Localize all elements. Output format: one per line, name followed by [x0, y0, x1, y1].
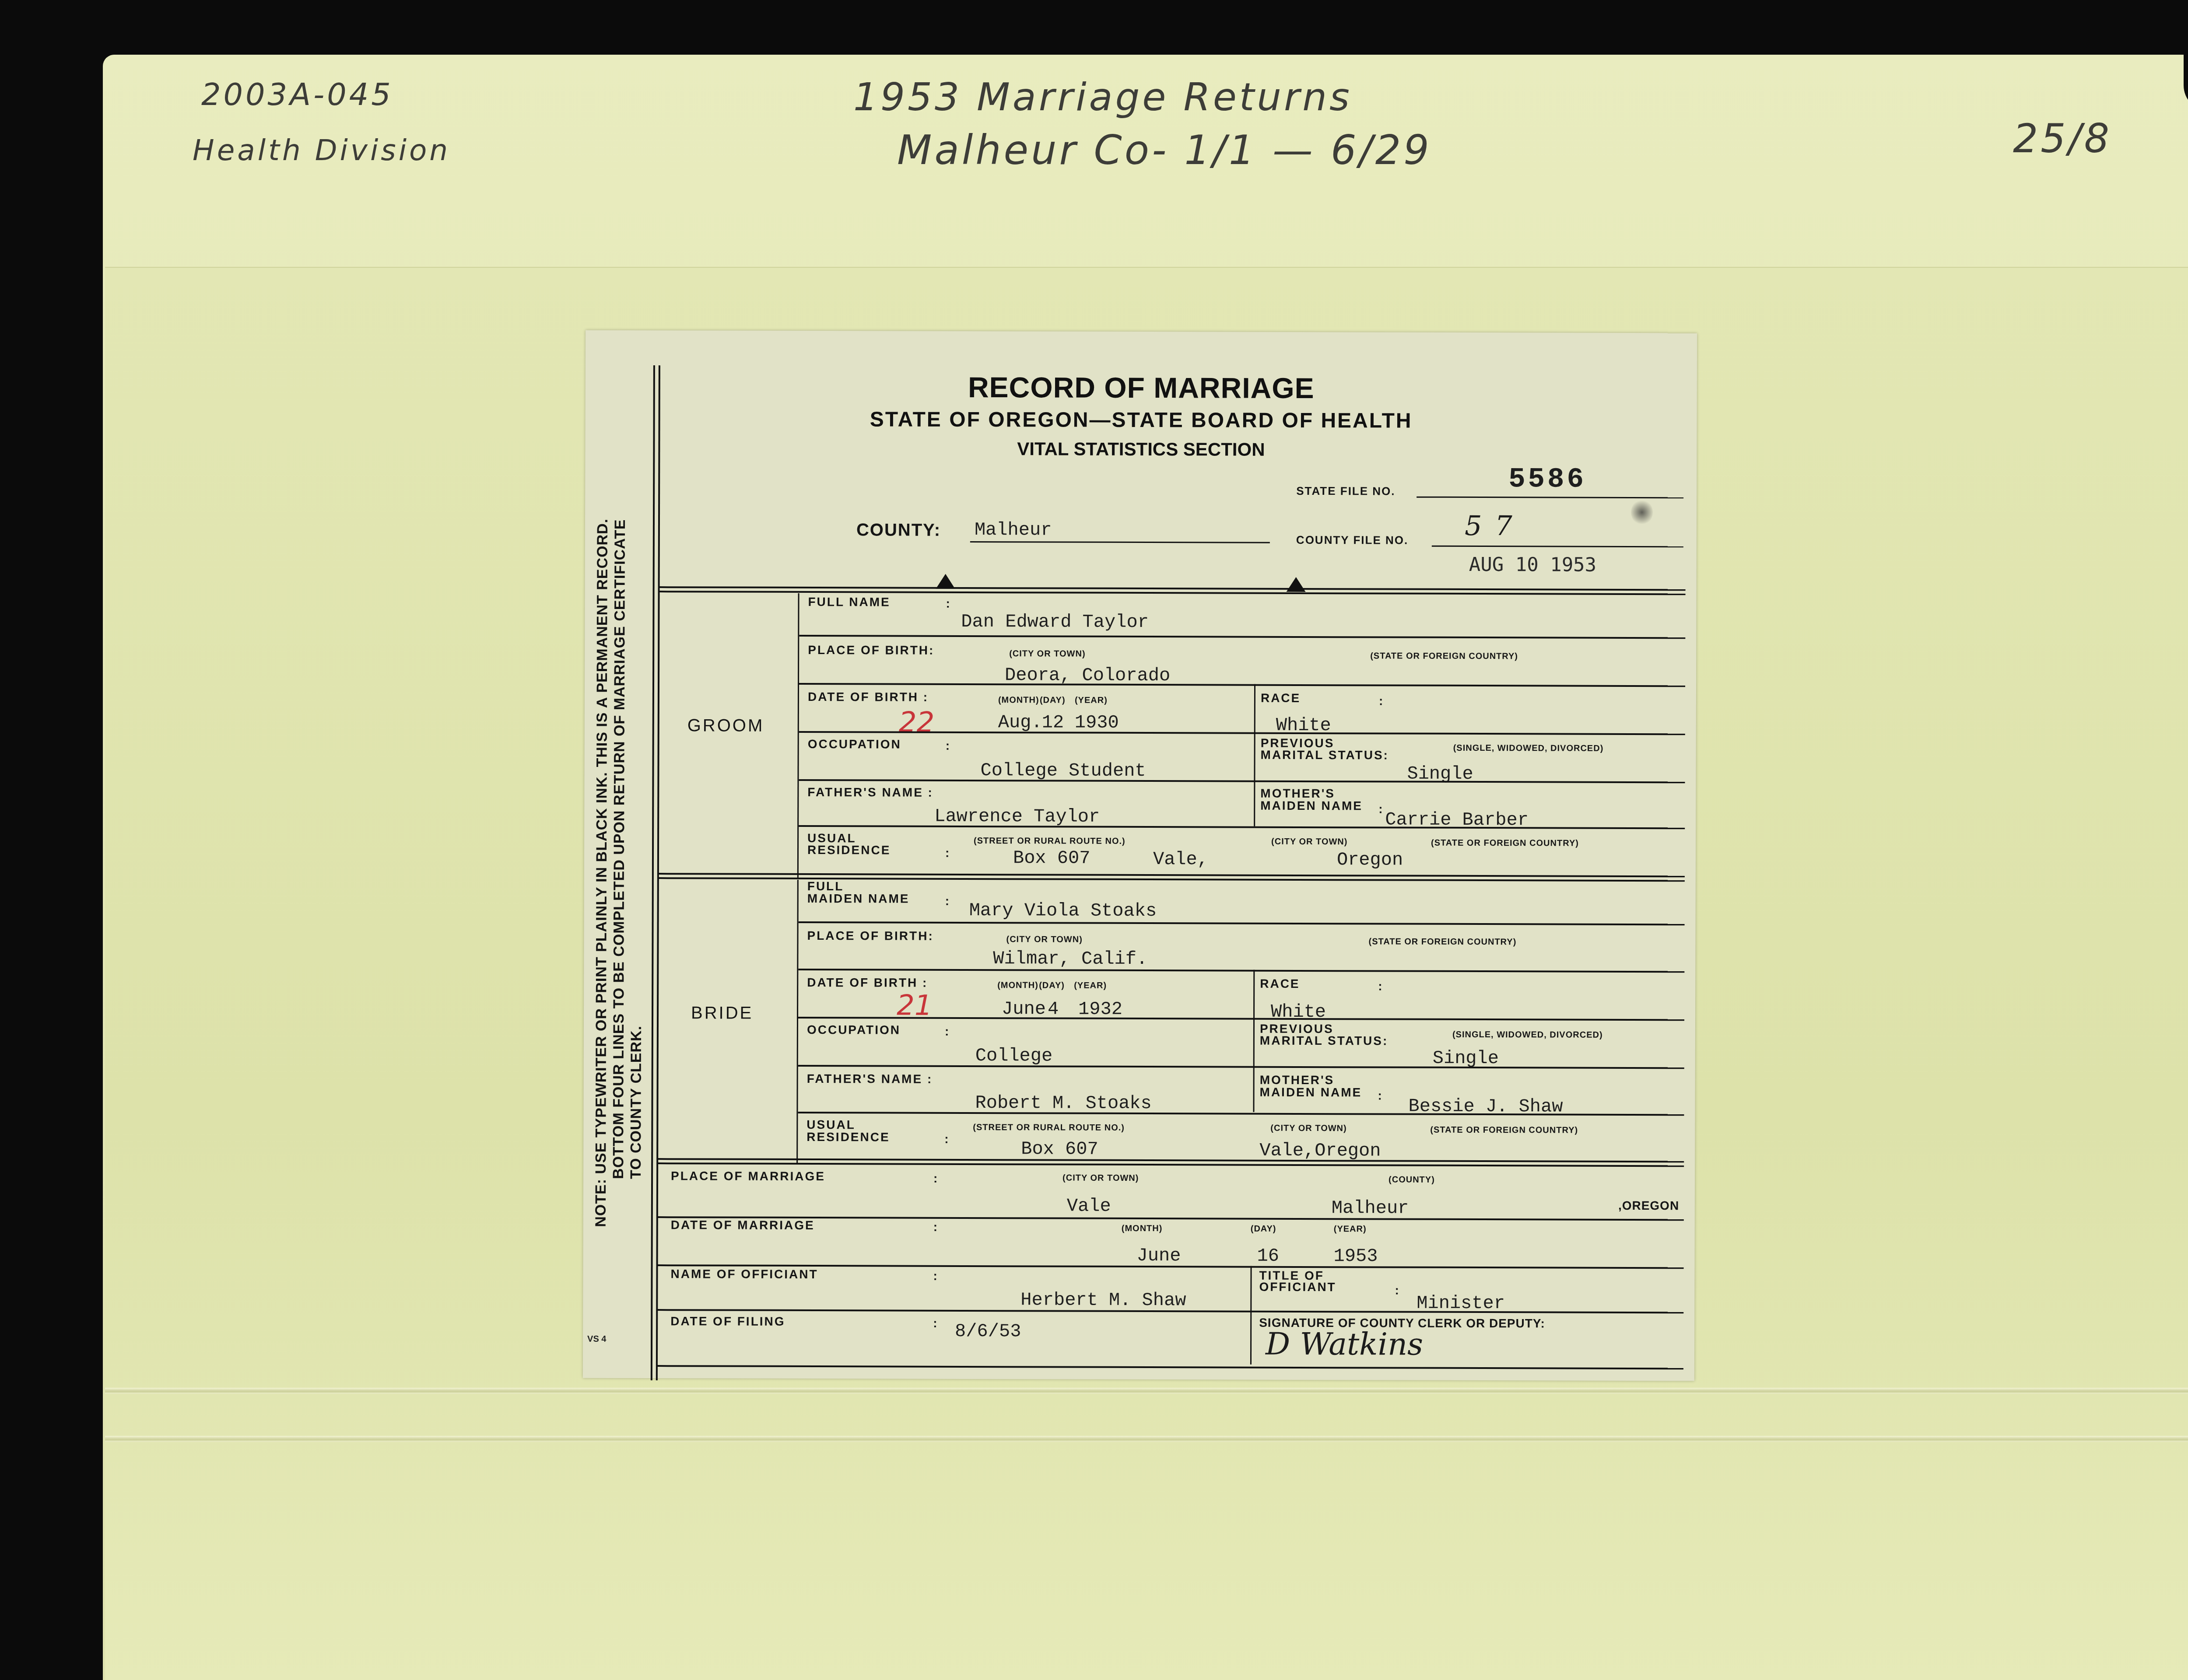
street-hint: (STREET OR RURAL ROUTE NO.) [974, 834, 1126, 848]
county-line [970, 541, 1270, 543]
clerk-signature: D Watkins [1266, 1326, 1423, 1362]
folder-division-note: Health Division [193, 133, 450, 167]
bride-previous-marital-status: Single [1433, 1048, 1499, 1069]
ink-smudge [1631, 499, 1653, 525]
rule [799, 921, 1685, 925]
bride-place-of-birth: Wilmar, Calif. [993, 948, 1147, 969]
bride-mothers-label-1: MOTHER'S [1260, 1074, 1335, 1087]
colon: : [944, 1133, 950, 1146]
colon: : [933, 1172, 939, 1185]
date-of-marriage-label: DATE OF MARRIAGE [671, 1218, 815, 1232]
month-hint: (MONTH) [1122, 1222, 1163, 1235]
rule [799, 779, 1685, 783]
groom-residence-state: Oregon [1337, 849, 1403, 870]
county-hint: (COUNTY) [1389, 1173, 1435, 1186]
colon: : [933, 1270, 938, 1283]
received-date-stamp: AUG 10 1953 [1469, 553, 1597, 576]
record-agency: STATE OF OREGON—STATE BOARD OF HEALTH [586, 407, 1697, 434]
day-hint: (DAY) [1040, 693, 1066, 707]
county-value: Malheur [975, 519, 1052, 540]
groom-occupation-label: OCCUPATION [808, 738, 901, 751]
colon: : [945, 895, 950, 908]
groom-age-annotation: 22 [899, 707, 935, 739]
bride-full-maiden-name: Mary Viola Stoaks [969, 900, 1157, 921]
bride-race-label: RACE [1260, 977, 1300, 990]
groom-fathers-name: Lawrence Taylor [934, 806, 1100, 827]
marriage-place-city: Vale [1067, 1196, 1111, 1217]
groom-previous-label-2: MARITAL STATUS: [1261, 749, 1389, 762]
county-label: COUNTY: [856, 523, 941, 537]
groom-place-of-birth: Deora, Colorado [1005, 665, 1170, 686]
officiant-name-label: NAME OF OFFICIANT [670, 1267, 818, 1281]
day-hint: (DAY) [1039, 979, 1065, 992]
side-note-line2: BOTTOM FOUR LINES TO BE COMPLETED UPON R… [610, 483, 629, 1227]
rule [799, 683, 1685, 687]
bride-occupation: College [975, 1045, 1053, 1066]
folder-title-line1: 1953 Marriage Returns [853, 74, 1352, 119]
groom-dob-year: 1930 [1075, 712, 1119, 733]
groom-mothers-label-1: MOTHER'S [1260, 787, 1335, 800]
street-hint: (STREET OR RURAL ROUTE NO.) [973, 1121, 1125, 1134]
colon: : [1379, 694, 1384, 707]
folder-crease-lower [105, 1436, 2188, 1442]
colon: : [946, 739, 951, 752]
year-hint: (YEAR) [1334, 1222, 1367, 1235]
marriage-date-day: 16 [1257, 1246, 1280, 1267]
groom-residence-street: Box 607 [1013, 847, 1090, 868]
bride-residence-city: Vale,Oregon [1259, 1140, 1381, 1162]
marriage-date-month: June [1137, 1245, 1181, 1266]
bride-fathers-name: Robert M. Stoaks [975, 1092, 1151, 1114]
bride-previous-label-2: MARITAL STATUS: [1260, 1034, 1388, 1048]
colon: : [945, 847, 950, 860]
groom-bride-separator [659, 873, 1685, 877]
colon: : [1395, 1284, 1400, 1297]
marital-status-hint: (SINGLE, WIDOWED, DIVORCED) [1453, 742, 1604, 755]
record-title: RECORD OF MARRIAGE [586, 370, 1697, 406]
side-instruction-note: NOTE: USE TYPEWRITER OR PRINT PLAINLY IN… [592, 483, 646, 1227]
state-or-country-hint: (STATE OR FOREIGN COUNTRY) [1368, 935, 1516, 948]
city-or-town-hint: (CITY OR TOWN) [1006, 933, 1082, 946]
groom-mothers-label-2: MAIDEN NAME [1260, 799, 1363, 813]
bride-fathers-name-label: FATHER'S NAME : [807, 1072, 933, 1086]
form-number: VS 4 [587, 1334, 606, 1344]
county-file-label: COUNTY FILE NO. [1296, 533, 1408, 547]
state-or-country-hint: (STATE OR FOREIGN COUNTRY) [1430, 1123, 1578, 1137]
county-file-value: 57 [1465, 510, 1525, 542]
day-hint: (DAY) [1251, 1222, 1276, 1235]
bride-dob-year: 1932 [1078, 999, 1122, 1020]
colon: : [945, 1025, 950, 1038]
side-note-line3: TO COUNTY CLERK. [627, 483, 646, 1227]
bride-mothers-label-2: MAIDEN NAME [1260, 1086, 1362, 1099]
groom-place-of-birth-label: PLACE OF BIRTH: [808, 644, 934, 657]
city-or-town-hint: (CITY OR TOWN) [1009, 647, 1085, 660]
side-note-line1: NOTE: USE TYPEWRITER OR PRINT PLAINLY IN… [592, 483, 611, 1227]
bride-dob-day: 4 [1048, 998, 1059, 1019]
bride-maiden-name-label-2: MAIDEN NAME [807, 892, 910, 906]
date-of-filing: 8/6/53 [955, 1321, 1021, 1342]
header-double-rule [659, 586, 1686, 591]
city-or-town-hint: (CITY OR TOWN) [1062, 1172, 1139, 1185]
county-file-line [1432, 546, 1683, 548]
groom-section-label: GROOM [687, 719, 764, 732]
city-or-town-hint: (CITY OR TOWN) [1270, 1122, 1346, 1135]
bride-maiden-name-label-1: FULL [807, 880, 844, 893]
place-of-marriage-label: PLACE OF MARRIAGE [671, 1169, 825, 1183]
rule [799, 825, 1685, 829]
marital-status-hint: (SINGLE, WIDOWED, DIVORCED) [1452, 1028, 1603, 1042]
colon: : [1378, 802, 1384, 815]
bride-residence-label-1: USUAL [806, 1118, 856, 1131]
bride-dob-month: June [1002, 998, 1046, 1019]
colon: : [933, 1317, 938, 1330]
margin-double-rule [651, 365, 655, 1380]
folder-box-ref: 25/8 [2013, 116, 2112, 162]
state-or-country-hint: (STATE OR FOREIGN COUNTRY) [1431, 836, 1579, 850]
groom-fathers-name-label: FATHER'S NAME : [807, 786, 933, 799]
groom-full-name-label: FULL NAME [808, 595, 890, 609]
colon: : [1378, 980, 1383, 993]
groom-occupation: College Student [980, 760, 1146, 781]
month-hint: (MONTH) [997, 979, 1038, 992]
bride-place-of-birth-label: PLACE OF BIRTH: [807, 929, 933, 943]
bride-section-label: BRIDE [691, 1006, 753, 1019]
colon: : [933, 1221, 939, 1234]
marriage-date-year: 1953 [1334, 1246, 1378, 1267]
bride-residence-street: Box 607 [1021, 1138, 1098, 1159]
bride-residence-label-2: RESIDENCE [806, 1130, 890, 1144]
col-divider [1250, 1266, 1252, 1365]
year-hint: (YEAR) [1074, 979, 1107, 992]
bride-marriage-separator [658, 1158, 1684, 1162]
marriage-record-card: NOTE: USE TYPEWRITER OR PRINT PLAINLY IN… [583, 330, 1697, 1381]
col-divider [1254, 684, 1255, 826]
rule [798, 969, 1684, 973]
groom-race-label: RACE [1261, 692, 1301, 705]
colon: : [1378, 1089, 1383, 1102]
groom-full-name: Dan Edward Taylor [961, 611, 1149, 633]
bride-dob-label: DATE OF BIRTH : [807, 976, 928, 990]
state-file-value: 5586 [1508, 464, 1586, 495]
alignment-arrow-left [936, 574, 955, 589]
officiant-name: Herbert M. Shaw [1020, 1289, 1186, 1311]
officiant-title-label-2: OFFICIANT [1259, 1281, 1336, 1294]
year-hint: (YEAR) [1075, 694, 1108, 707]
folder-accession-note: 2003A-045 [201, 77, 393, 112]
bride-occupation-label: OCCUPATION [807, 1023, 901, 1037]
groom-residence-label-2: RESIDENCE [807, 843, 891, 857]
record-section: VITAL STATISTICS SECTION [585, 437, 1697, 462]
date-of-filing-label: DATE OF FILING [670, 1315, 785, 1328]
state-file-line [1417, 497, 1683, 499]
oregon-suffix: ,OREGON [1618, 1199, 1679, 1212]
marriage-place-county: Malheur [1332, 1197, 1409, 1218]
colon: : [946, 597, 951, 610]
groom-dob-day: 12 [1042, 712, 1064, 733]
folder-title-line2: Malheur Co- 1/1 — 6/29 [897, 127, 1432, 174]
col-divider [1253, 970, 1255, 1112]
bottom-rule [657, 1365, 1683, 1369]
month-hint: (MONTH) [998, 693, 1039, 707]
groom-dob-label: DATE OF BIRTH : [808, 690, 929, 704]
city-or-town-hint: (CITY OR TOWN) [1271, 835, 1347, 848]
rule [798, 1065, 1684, 1069]
state-file-label: STATE FILE NO. [1296, 484, 1395, 498]
state-or-country-hint: (STATE OR FOREIGN COUNTRY) [1370, 649, 1518, 663]
groom-residence-city: Vale, [1153, 849, 1208, 870]
folder-crease-upper [105, 1388, 2188, 1394]
groom-dob-month: Aug. [998, 712, 1042, 733]
rule [799, 635, 1685, 639]
